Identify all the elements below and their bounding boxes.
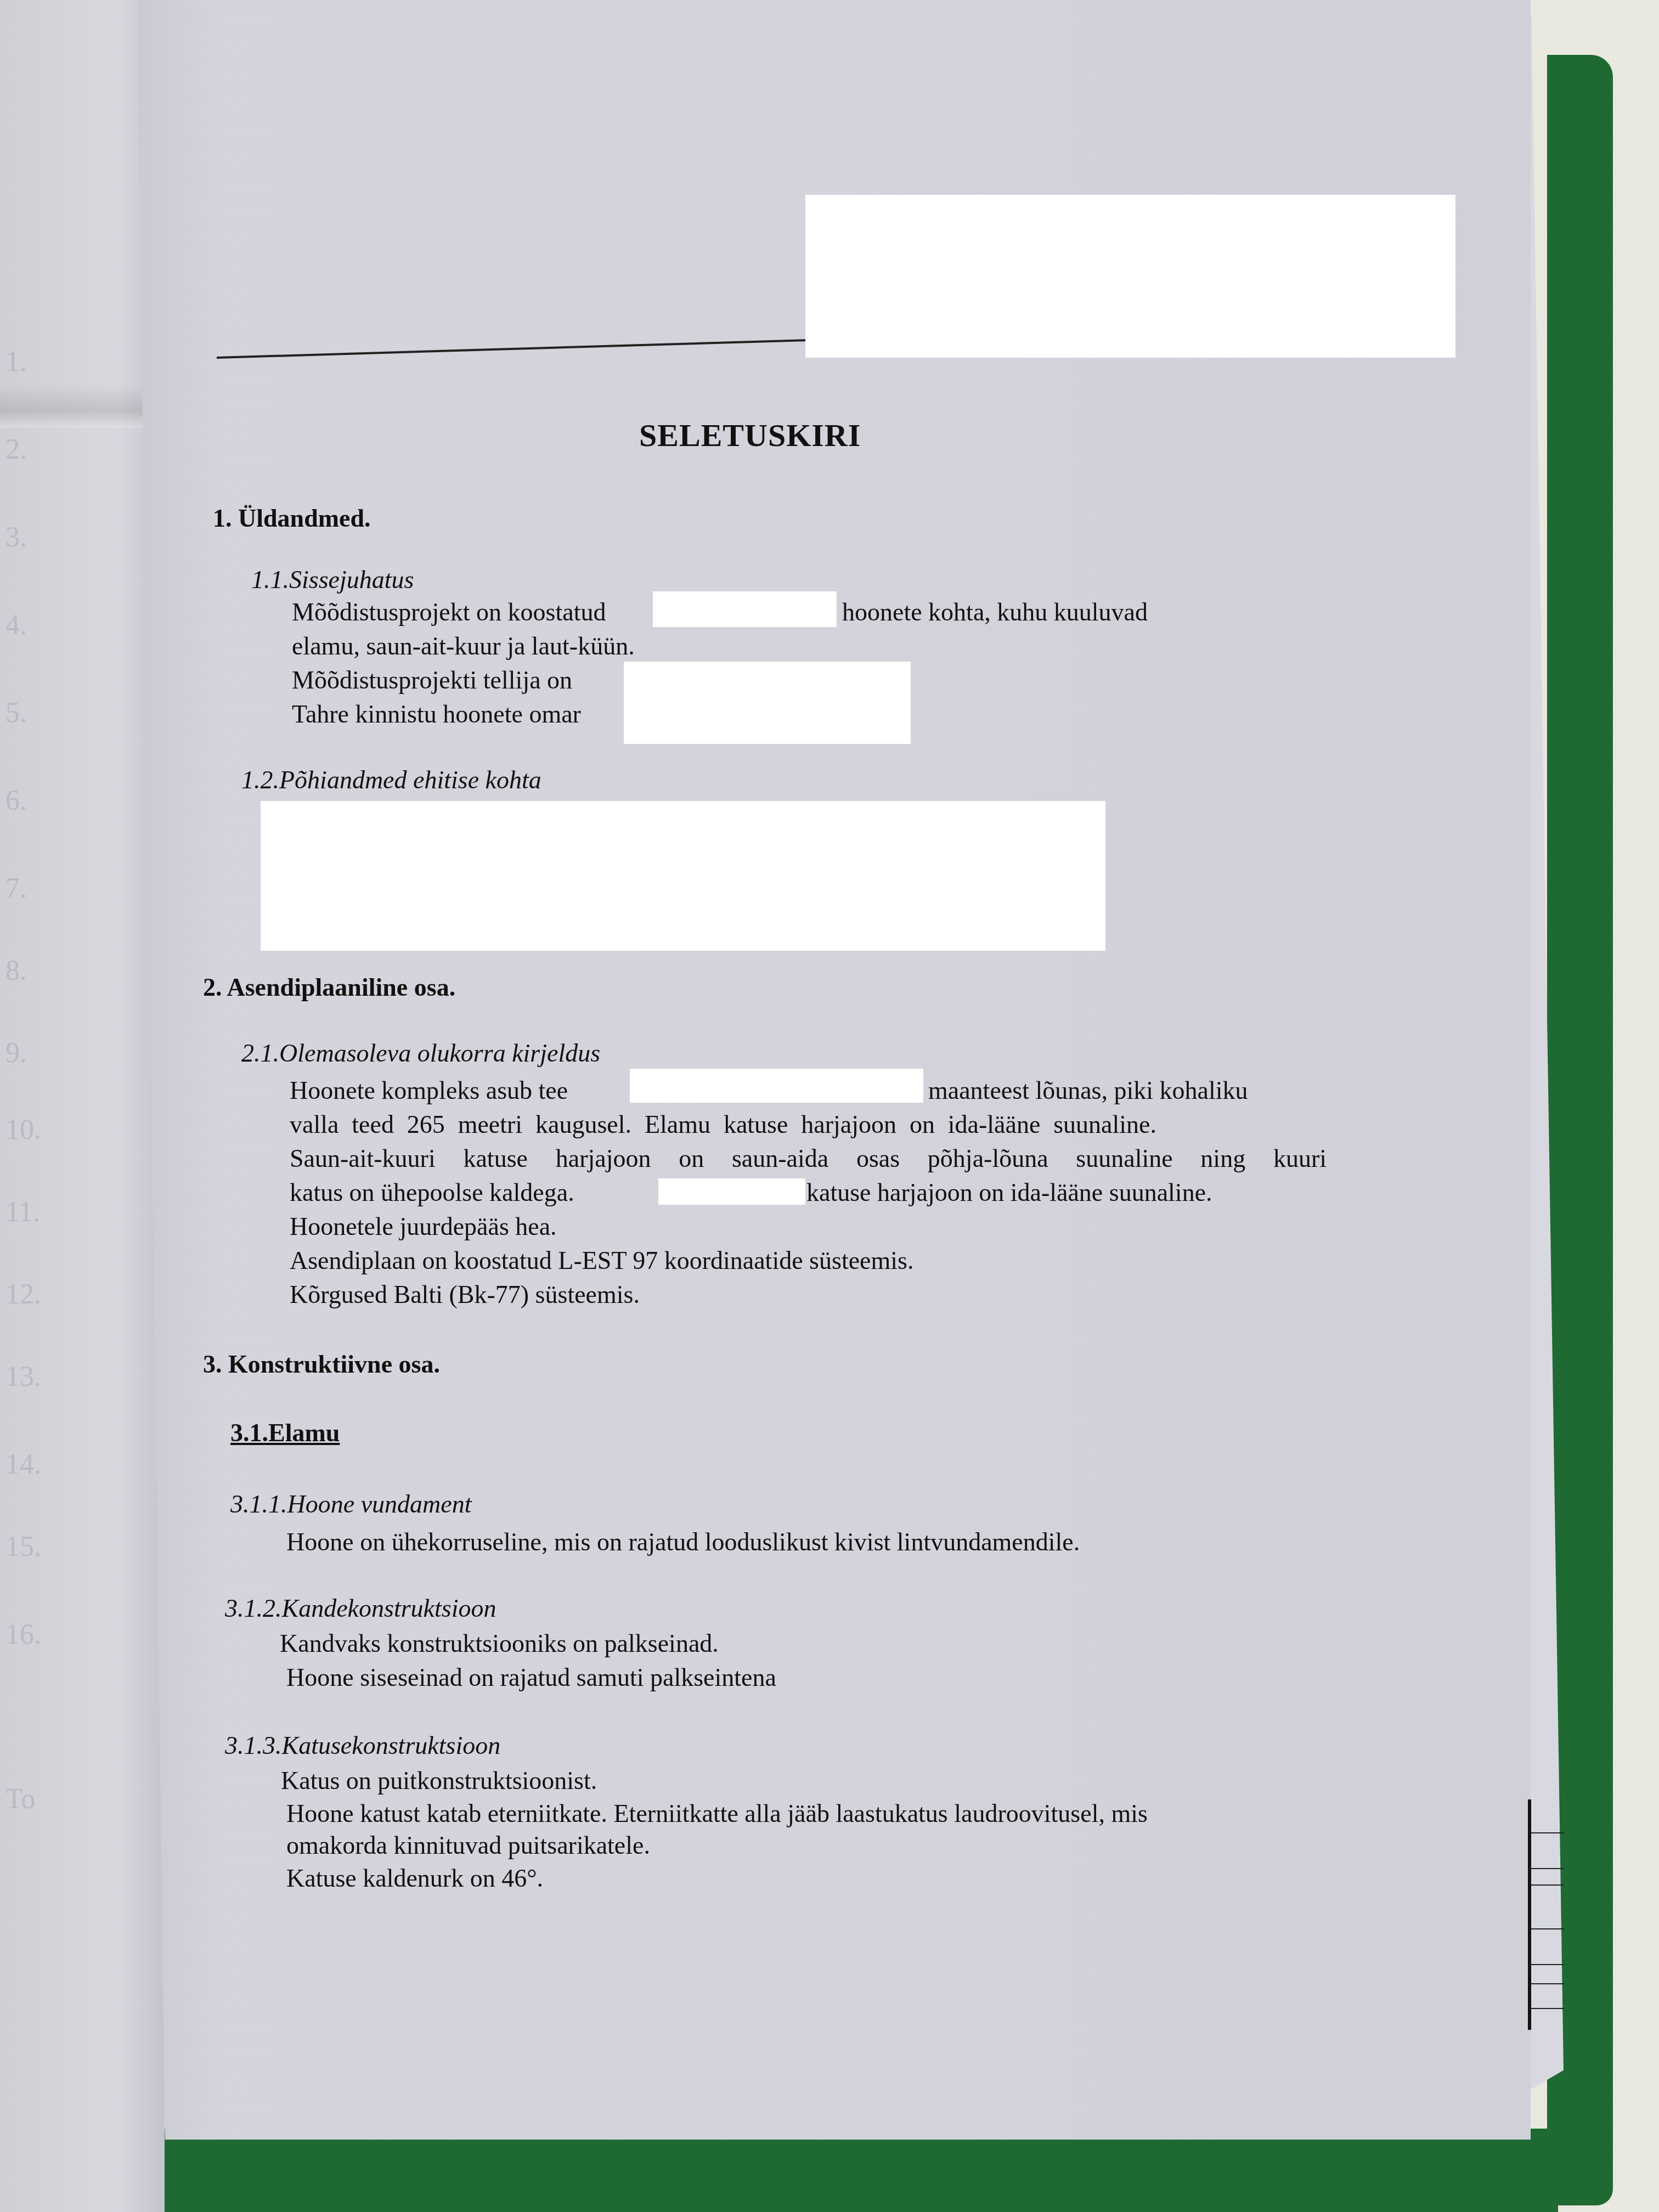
subsubsection-heading: 3.1.1.Hoone vundament bbox=[230, 1489, 471, 1519]
ghost-number: 15. bbox=[5, 1531, 41, 1563]
green-folder-bottom-edge bbox=[154, 2129, 1558, 2212]
paragraph-line: omakorda kinnituvad puitsarikatele. bbox=[286, 1829, 650, 1863]
paragraph-line: Saun-ait-kuuri katuse harjajoon on saun-… bbox=[290, 1142, 1327, 1176]
ghost-number: 12. bbox=[5, 1278, 41, 1311]
ghost-number: 5. bbox=[5, 697, 27, 729]
page-title: SELETUSKIRI bbox=[639, 417, 861, 454]
paragraph-line: Katus on puitkonstruktsioonist. bbox=[281, 1764, 597, 1798]
ghost-number: 3. bbox=[5, 521, 27, 554]
ghost-number: 1. bbox=[5, 346, 27, 378]
ghost-number: To bbox=[5, 1783, 35, 1815]
redacted-text bbox=[658, 1178, 805, 1205]
redacted-text bbox=[624, 662, 911, 744]
paragraph-line: hoonete kohta, kuhu kuuluvad bbox=[842, 595, 1148, 629]
paragraph-line: Kandvaks konstruktsiooniks on palkseinad… bbox=[280, 1627, 719, 1661]
subsection-heading: 1.1.Sissejuhatus bbox=[251, 565, 414, 594]
paragraph-line: katuse harjajoon on ida-lääne suunaline. bbox=[806, 1176, 1212, 1210]
subsection-heading: 1.2.Põhiandmed ehitise kohta bbox=[241, 765, 541, 794]
subsection-heading: 3.1.Elamu bbox=[230, 1418, 340, 1447]
redacted-block bbox=[261, 801, 1105, 951]
subsubsection-heading: 3.1.2.Kandekonstruktsioon bbox=[225, 1594, 496, 1623]
ghost-number: 6. bbox=[5, 785, 27, 817]
paragraph-line: valla teed 265 meetri kaugusel. Elamu ka… bbox=[290, 1108, 1156, 1142]
text-fragment: Mõõdistusprojekt on koostatud bbox=[292, 598, 606, 626]
section-heading: 1. Üldandmed. bbox=[213, 504, 371, 533]
ghost-number: 11. bbox=[5, 1196, 40, 1228]
paragraph-line: Kõrgused Balti (Bk-77) süsteemis. bbox=[290, 1278, 640, 1312]
paragraph-line: Hoone katust katab eterniitkate. Eternii… bbox=[286, 1797, 1148, 1831]
left-facing-page: 1. 2. 3. 4. 5. 6. 7. 8. 9. 10. 11. 12. 1… bbox=[0, 0, 165, 2212]
underlying-table-edge bbox=[1528, 1799, 1564, 2030]
ghost-number: 10. bbox=[5, 1114, 41, 1146]
section-heading: 2. Asendiplaaniline osa. bbox=[203, 973, 455, 1002]
paragraph-line: Mõõdistusprojekti tellija on bbox=[292, 663, 572, 697]
paragraph-line: maanteest lõunas, piki kohaliku bbox=[928, 1074, 1248, 1108]
subsubsection-heading: 3.1.3.Katusekonstruktsioon bbox=[225, 1731, 500, 1760]
paragraph-line: Hoonetele juurdepääs hea. bbox=[290, 1210, 557, 1244]
ghost-number: 13. bbox=[5, 1361, 41, 1393]
paragraph-line: Mõõdistusprojekt on koostatud bbox=[292, 595, 606, 629]
ghost-number: 4. bbox=[5, 609, 27, 641]
paragraph-line: Hoone siseseinad on rajatud samuti palks… bbox=[286, 1661, 776, 1695]
ghost-number: 16. bbox=[5, 1618, 41, 1651]
paragraph-line: elamu, saun-ait-kuur ja laut-küün. bbox=[292, 629, 635, 663]
section-heading: 3. Konstruktiivne osa. bbox=[203, 1350, 440, 1379]
subsection-heading: 2.1.Olemasoleva olukorra kirjeldus bbox=[241, 1039, 600, 1068]
ghost-number: 8. bbox=[5, 955, 27, 987]
paragraph-line: Katuse kaldenurk on 46°. bbox=[286, 1861, 543, 1895]
redacted-header bbox=[805, 195, 1455, 358]
ghost-number: 2. bbox=[5, 433, 27, 466]
ghost-number: 14. bbox=[5, 1448, 41, 1481]
paragraph-line: Hoone on ühekorruseline, mis on rajatud … bbox=[286, 1525, 1080, 1559]
redacted-text bbox=[653, 591, 837, 627]
paragraph-line: katus on ühepoolse kaldega. bbox=[290, 1176, 574, 1210]
ghost-number: 9. bbox=[5, 1037, 27, 1069]
paragraph-line: Hoonete kompleks asub tee bbox=[290, 1074, 568, 1108]
page-crease bbox=[0, 384, 165, 428]
ghost-number: 7. bbox=[5, 872, 27, 905]
paragraph-line: Tahre kinnistu hoonete omar bbox=[292, 697, 581, 731]
text-fragment: hoonete kohta, kuhu kuuluvad bbox=[842, 598, 1148, 626]
paragraph-line: Asendiplaan on koostatud L-EST 97 koordi… bbox=[290, 1244, 913, 1278]
redacted-text bbox=[630, 1069, 923, 1103]
